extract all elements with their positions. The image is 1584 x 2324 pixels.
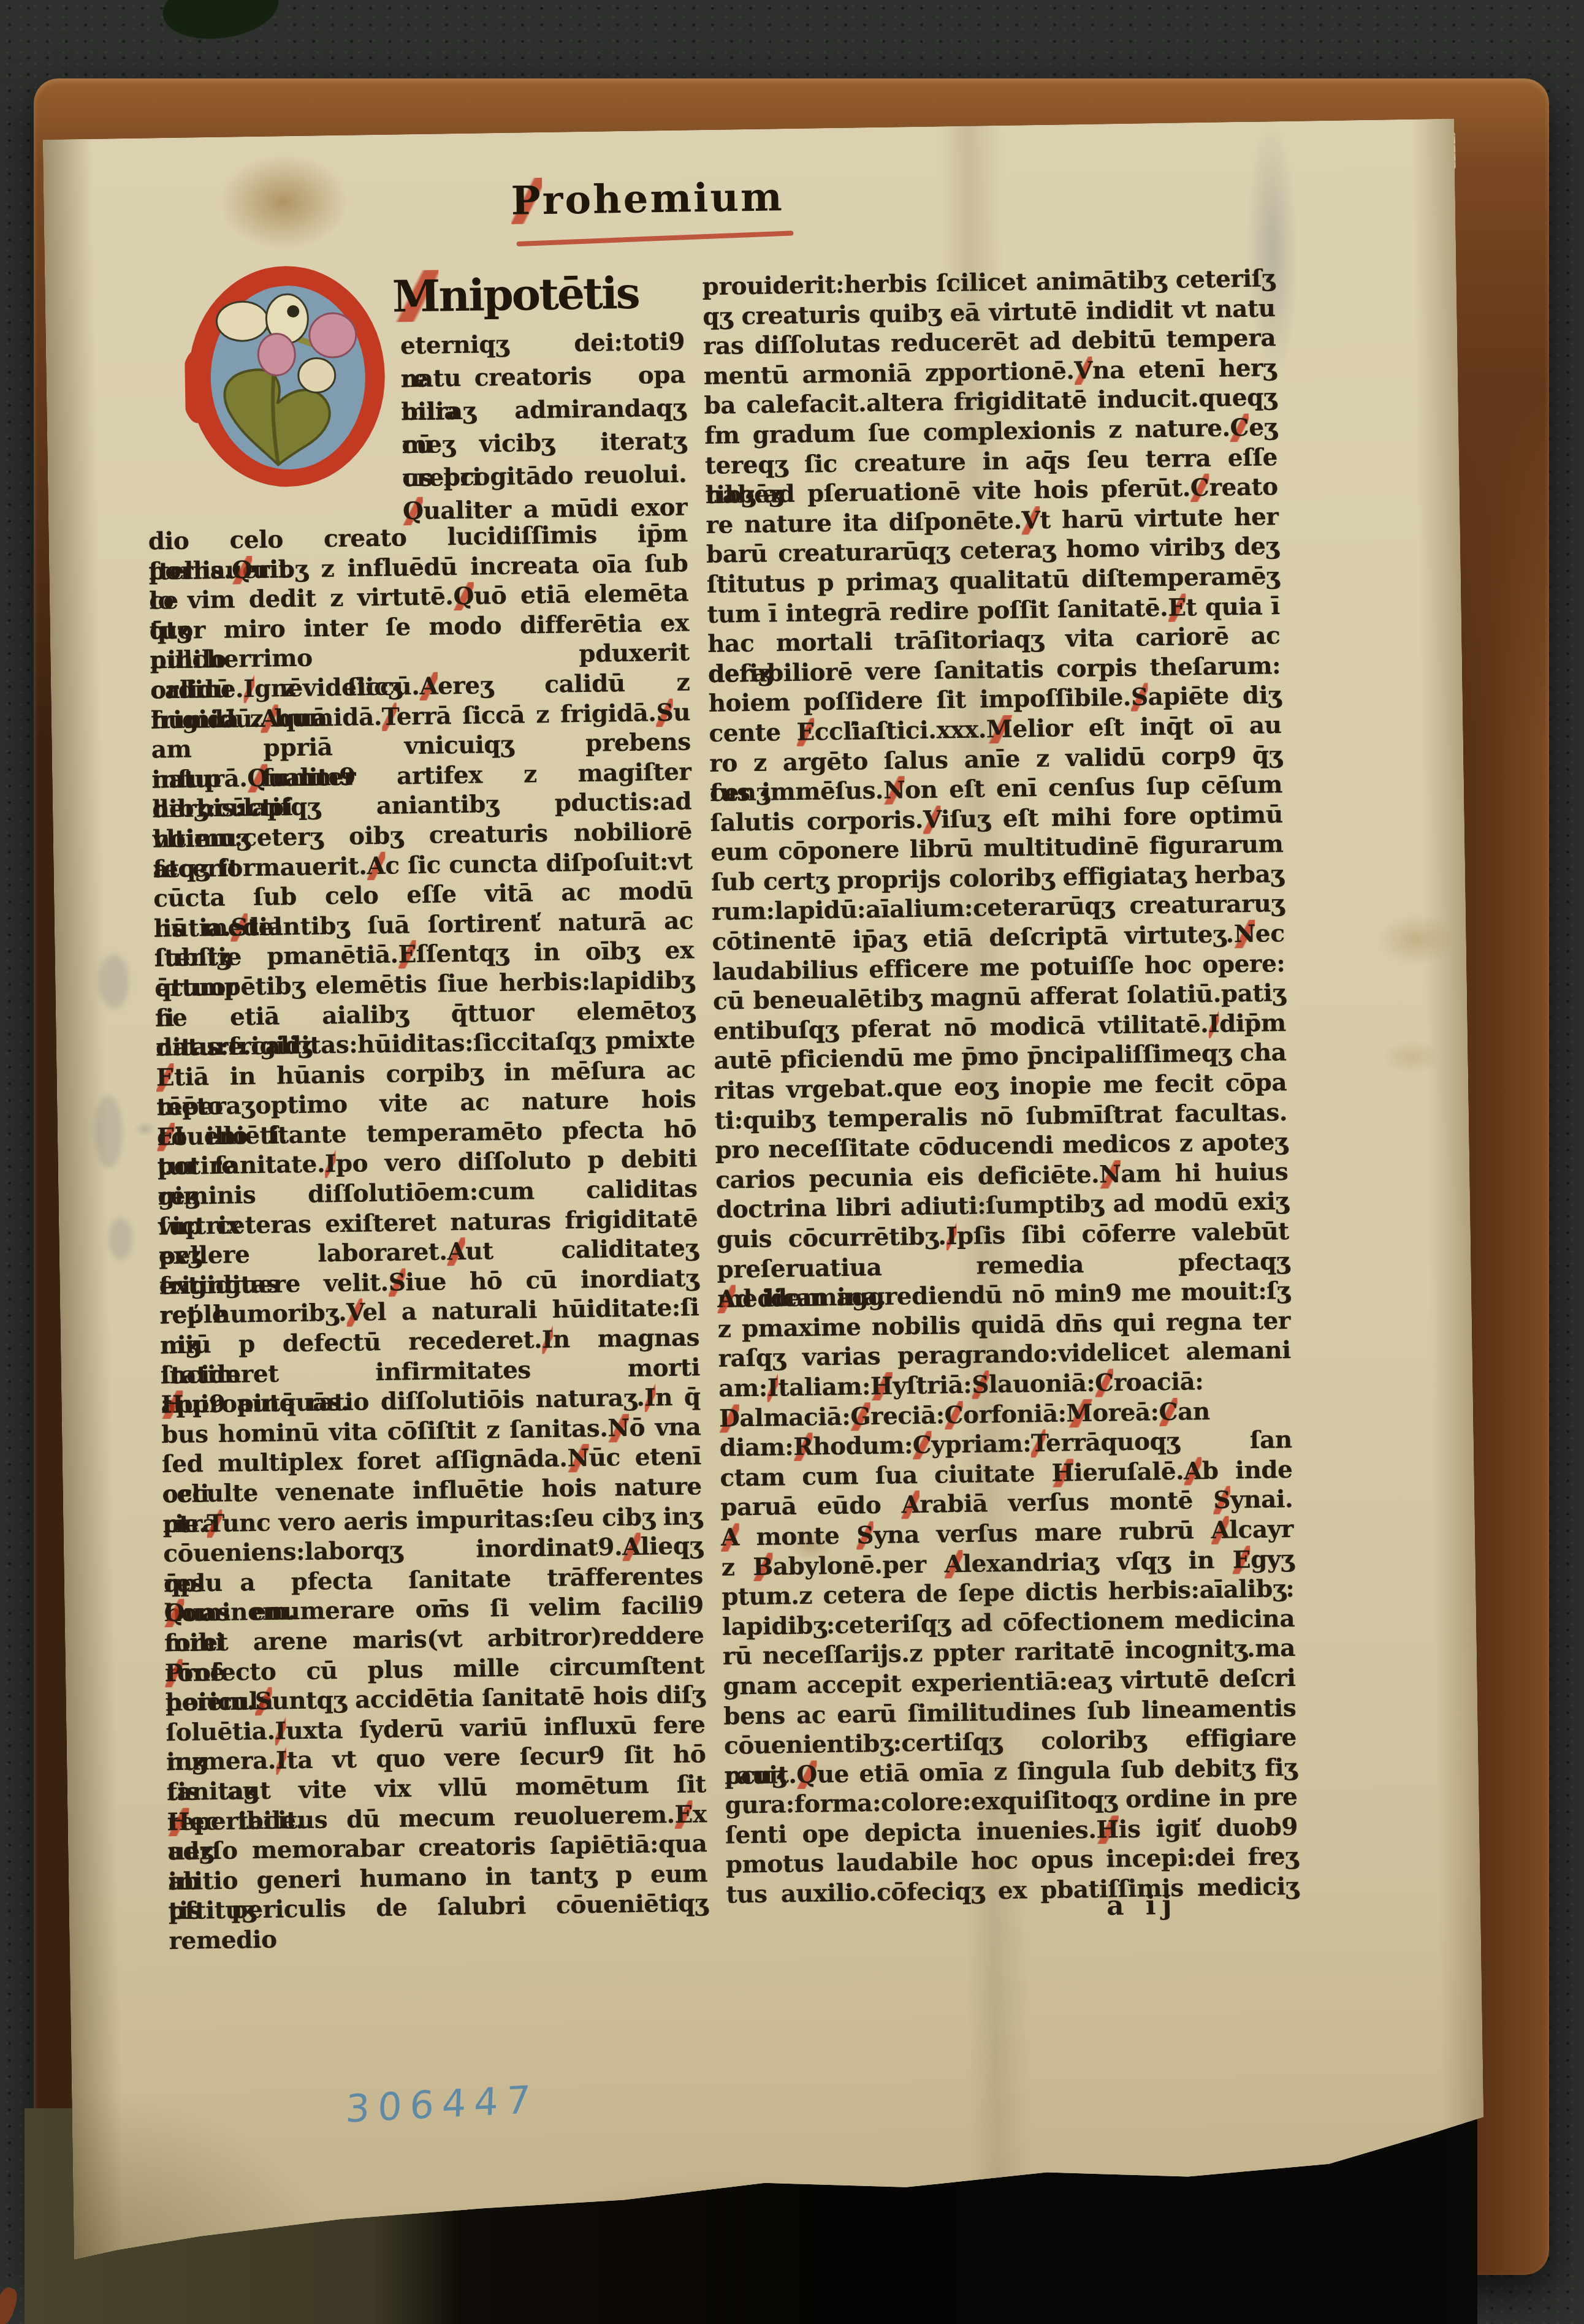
book-page: Prohemium Mnipotētis eterniqʒ dei:toti9 … xyxy=(43,119,1485,2270)
initial-flower-illustration xyxy=(183,261,390,492)
opening-word: Mnipotētis xyxy=(392,267,669,322)
background-object xyxy=(0,2285,20,2324)
library-accession-stamp: 306447 xyxy=(345,2077,539,2132)
text-line: eterniqʒ dei:toti9 natu xyxy=(400,325,685,363)
text-line: cū vicibʒ iteratʒ crebri xyxy=(402,424,687,461)
left-column-opening-text: eterniqʒ dei:toti9 nature creatoris opa … xyxy=(400,325,688,528)
rubrication-underline xyxy=(517,230,794,246)
background-object xyxy=(159,0,283,46)
illuminated-initial-O xyxy=(183,261,390,492)
photograph-of-incunabulum-page: Prohemium Mnipotētis eterniqʒ dei:toti9 … xyxy=(0,0,1584,2324)
margin-smudge xyxy=(108,1217,133,1261)
margin-smudge xyxy=(94,1095,123,1169)
text-line: re creatoris opa miraʒ xyxy=(400,359,685,396)
quire-signature: a ij xyxy=(1106,1889,1178,1922)
text-line: us pcogitādo reuolui. xyxy=(402,457,687,495)
page-title: Prohemium xyxy=(511,174,784,224)
right-column-text: prouiderit:herbis ſcilicet animātibʒ cet… xyxy=(702,264,1299,1910)
text-line: bilia admirandaqʒ meʒ xyxy=(401,391,686,428)
margin-smudge xyxy=(98,954,129,1009)
left-column-text: dio celo creato lucidiſſimis ip̄m pornau… xyxy=(148,518,708,1926)
